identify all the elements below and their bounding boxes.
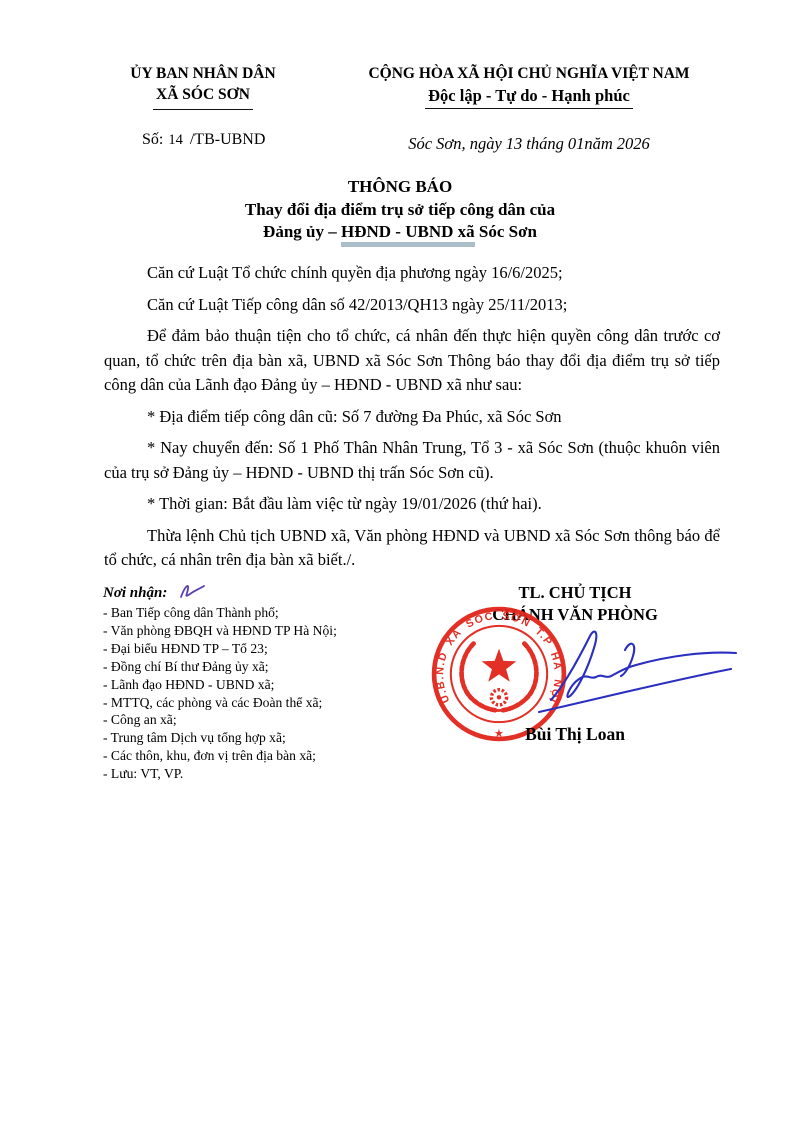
org-underline-rule	[153, 109, 253, 110]
signer-name: Bùi Thị Loan	[430, 724, 720, 745]
paragraph: * Thời gian: Bắt đầu làm việc từ ngày 19…	[104, 492, 720, 517]
title-line3-part3: Sóc Sơn	[475, 222, 537, 241]
org-name-line1: ỦY BAN NHÂN DÂN	[86, 63, 320, 84]
national-emblem	[462, 644, 537, 711]
national-header-block: CỘNG HÒA XÃ HỘI CHỦ NGHĨA VIỆT NAM Độc l…	[336, 63, 722, 109]
recipient-item: - Công an xã;	[103, 711, 413, 729]
title-line3-part1: Đảng ủy –	[263, 222, 341, 241]
doc-number-value: 14	[168, 132, 183, 148]
recipient-item: - Đồng chí Bí thư Đảng ủy xã;	[103, 658, 413, 676]
paragraph: * Địa điểm tiếp công dân cũ: Số 7 đường …	[104, 405, 720, 430]
recipient-item: - Các thôn, khu, đơn vị trên địa bàn xã;	[103, 747, 413, 765]
date-year-word: năm	[584, 134, 612, 153]
document-title-block: THÔNG BÁO Thay đổi địa điểm trụ sở tiếp …	[0, 176, 800, 244]
title-line2: Thay đổi địa điểm trụ sở tiếp công dân c…	[0, 199, 800, 222]
recipients-label-row: Nơi nhận:	[103, 581, 413, 604]
title-heading: THÔNG BÁO	[0, 176, 800, 199]
handwritten-signature	[533, 620, 745, 716]
national-motto-line1: CỘNG HÒA XÃ HỘI CHỦ NGHĨA VIỆT NAM	[336, 63, 722, 84]
paragraph: Căn cứ Luật Tiếp công dân số 42/2013/QH1…	[104, 293, 720, 318]
date-year: 2026	[617, 134, 650, 153]
emblem-star-icon	[482, 649, 517, 682]
org-name-line2: XÃ SÓC SƠN	[86, 84, 320, 105]
recipient-item: - Lãnh đạo HĐND - UBND xã;	[103, 676, 413, 694]
emblem-cog-center	[497, 695, 501, 699]
date-prefix: Sóc Sơn, ngày	[408, 134, 502, 153]
issuing-org-block: ỦY BAN NHÂN DÂN XÃ SÓC SƠN	[86, 63, 320, 110]
title-line3-underlined: HĐND - UBND xã	[341, 222, 475, 247]
recipients-label: Nơi nhận:	[103, 585, 167, 601]
document-number: Số:14/TB-UBND	[142, 131, 265, 149]
place-date-line: Sóc Sơn, ngày13tháng01năm2026	[336, 134, 722, 154]
paragraph: Căn cứ Luật Tổ chức chính quyền địa phươ…	[104, 261, 720, 286]
paragraph: Thừa lệnh Chủ tịch UBND xã, Văn phòng HĐ…	[104, 524, 720, 573]
recipients-block: Nơi nhận: - Ban Tiếp công dân Thành phố;…	[103, 581, 413, 783]
recipient-item: - Văn phòng ĐBQH và HĐND TP Hà Nội;	[103, 622, 413, 640]
paragraph: * Nay chuyển đến: Số 1 Phố Thân Nhân Tru…	[104, 436, 720, 485]
recipient-item: - Đại biểu HĐND TP – Tổ 23;	[103, 640, 413, 658]
date-month: 01	[568, 134, 585, 153]
emblem-ribbon	[484, 707, 514, 710]
recipient-item: - MTTQ, các phòng và các Đoàn thể xã;	[103, 694, 413, 712]
document-page: ỦY BAN NHÂN DÂN XÃ SÓC SƠN Số:14/TB-UBND…	[0, 0, 800, 1131]
date-day: 13	[506, 134, 523, 153]
recipient-item: - Lưu: VT, VP.	[103, 765, 413, 783]
document-body: Căn cứ Luật Tổ chức chính quyền địa phươ…	[104, 261, 720, 580]
handwritten-initial-mark	[177, 581, 207, 601]
signer-authority-line: TL. CHỦ TỊCH	[430, 582, 720, 604]
recipient-item: - Trung tâm Dịch vụ tổng hợp xã;	[103, 729, 413, 747]
doc-number-label: Số:	[142, 131, 163, 148]
date-month-word: tháng	[526, 134, 564, 153]
paragraph: Để đảm bảo thuận tiện cho tổ chức, cá nh…	[104, 324, 720, 398]
doc-number-suffix: /TB-UBND	[190, 131, 266, 148]
title-line3: Đảng ủy – HĐND - UBND xã Sóc Sơn	[0, 221, 800, 244]
recipient-item: - Ban Tiếp công dân Thành phố;	[103, 604, 413, 622]
national-motto-line2: Độc lập - Tự do - Hạnh phúc	[425, 86, 633, 109]
